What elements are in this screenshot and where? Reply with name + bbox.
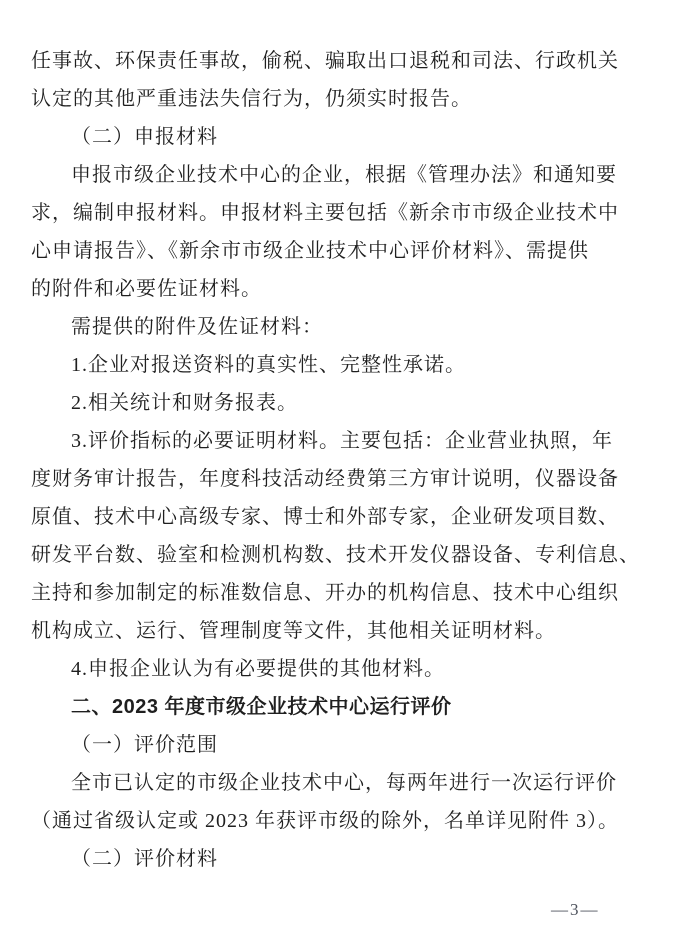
paragraph-line: 主持和参加制定的标准数信息、开办的机构信息、技术中心组织	[31, 574, 627, 612]
document-page: 任事故、环保责任事故，偷税、骗取出口退税和司法、行政机关 认定的其他严重违法失信…	[0, 0, 684, 941]
paragraph-line: 需提供的附件及佐证材料：	[31, 308, 627, 346]
paragraph-line: 全市已认定的市级企业技术中心，每两年进行一次运行评价	[31, 764, 627, 802]
paragraph-line: （通过省级认定或 2023 年获评市级的除外，名单详见附件 3）。	[31, 802, 627, 840]
paragraph-line: 认定的其他严重违法失信行为，仍须实时报告。	[31, 80, 627, 118]
section-heading: 二、2023 年度市级企业技术中心运行评价	[31, 688, 627, 726]
paragraph-line: 任事故、环保责任事故，偷税、骗取出口退税和司法、行政机关	[31, 42, 627, 80]
list-item-line: 3.评价指标的必要证明材料。主要包括：企业营业执照，年	[31, 422, 627, 460]
paragraph-line: 申报市级企业技术中心的企业，根据《管理办法》和通知要	[31, 156, 627, 194]
paragraph-line: 研发平台数、验室和检测机构数、技术开发仪器设备、专利信息、	[31, 536, 627, 574]
list-item-line: 4.申报企业认为有必要提供的其他材料。	[31, 650, 627, 688]
paragraph-line: 的附件和必要佐证材料。	[31, 270, 627, 308]
page-number: —3—	[551, 899, 600, 921]
paragraph-line: 求，编制申报材料。申报材料主要包括《新余市市级企业技术中	[31, 194, 627, 232]
list-item-line: 2.相关统计和财务报表。	[31, 384, 627, 422]
paragraph-line: 机构成立、运行、管理制度等文件，其他相关证明材料。	[31, 612, 627, 650]
paragraph-line: 心申请报告》、《新余市市级企业技术中心评价材料》、需提供	[31, 232, 627, 270]
paragraph-line: 度财务审计报告，年度科技活动经费第三方审计说明，仪器设备	[31, 460, 627, 498]
document-body: 任事故、环保责任事故，偷税、骗取出口退税和司法、行政机关 认定的其他严重违法失信…	[31, 42, 627, 878]
subsection-heading: （二）评价材料	[31, 840, 627, 878]
list-item-line: 1.企业对报送资料的真实性、完整性承诺。	[31, 346, 627, 384]
subsection-heading: （一）评价范围	[31, 726, 627, 764]
paragraph-line: 原值、技术中心高级专家、博士和外部专家，企业研发项目数、	[31, 498, 627, 536]
subsection-heading: （二）申报材料	[31, 118, 627, 156]
